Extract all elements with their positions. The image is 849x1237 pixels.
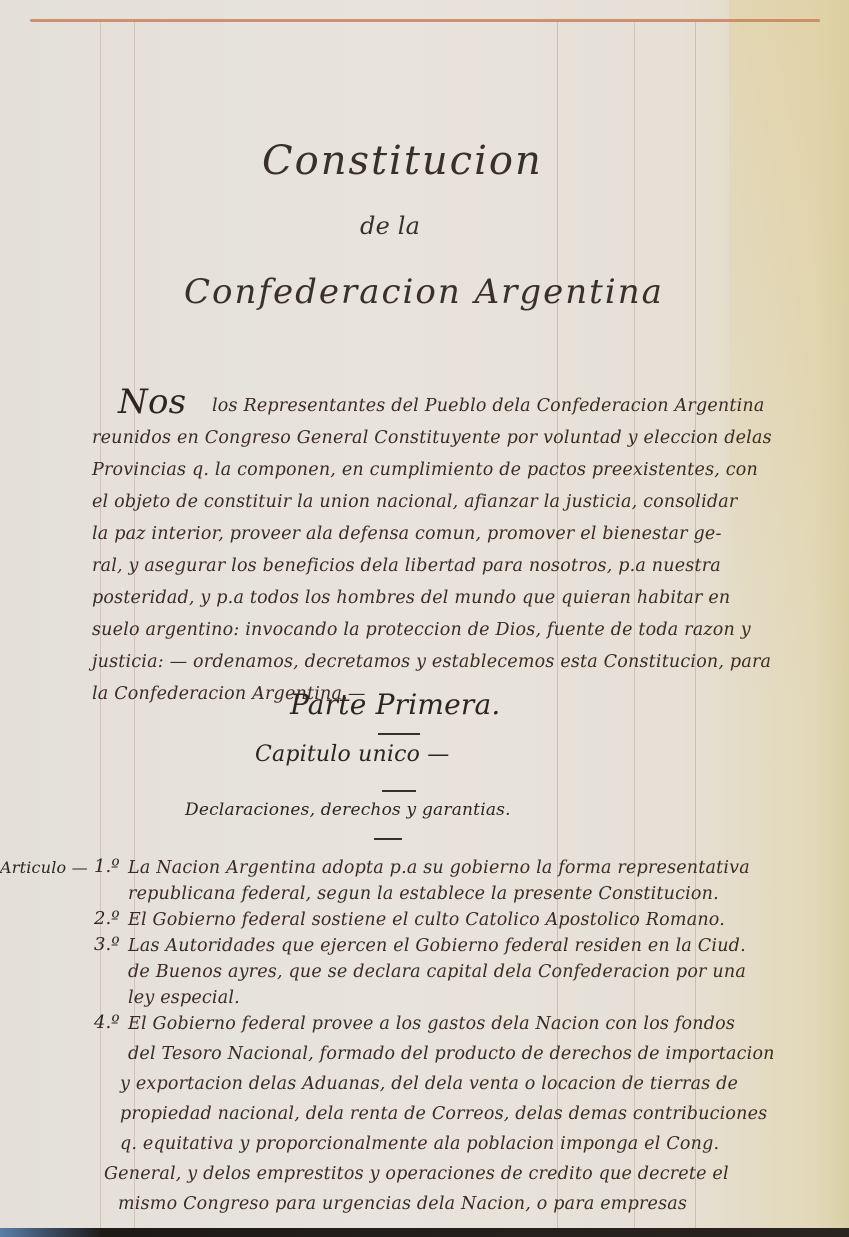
article-line: ley especial.	[128, 988, 240, 1008]
article-line: de Buenos ayres, que se declara capital …	[128, 962, 746, 982]
article-line: del Tesoro Nacional, formado del product…	[128, 1044, 775, 1064]
articles-label: Articulo —	[0, 858, 88, 877]
article-line: La Nacion Argentina adopta p.a su gobier…	[128, 858, 750, 878]
scan-edge	[0, 1228, 849, 1237]
preamble-line: la paz interior, proveer ala defensa com…	[92, 524, 722, 544]
preamble-line: ral, y asegurar los beneficios dela libe…	[92, 556, 721, 576]
article-line: q. equitativa y proporcionalmente ala po…	[120, 1134, 719, 1154]
preamble-line: el objeto de constituir la union naciona…	[92, 492, 737, 512]
heading-rule	[382, 790, 416, 792]
section-heading: Declaraciones, derechos y garantias.	[185, 800, 511, 820]
preamble-line: los Representantes del Pueblo dela Confe…	[212, 396, 765, 416]
article-number: 4.º	[94, 1012, 120, 1033]
heading-rule	[378, 733, 420, 735]
article-line: y exportacion delas Aduanas, del dela ve…	[120, 1074, 738, 1094]
article-line: propiedad nacional, dela renta de Correo…	[120, 1104, 767, 1124]
preamble-line: suelo argentino: invocando la proteccion…	[92, 620, 751, 640]
article-line: Las Autoridades que ejercen el Gobierno …	[128, 936, 746, 956]
preamble-line: reunidos en Congreso General Constituyen…	[92, 428, 772, 448]
paper-stain	[729, 0, 849, 700]
article-line: El Gobierno federal provee a los gastos …	[128, 1014, 735, 1034]
article-line: El Gobierno federal sostiene el culto Ca…	[128, 910, 725, 930]
article-line: republicana federal, segun la establece …	[128, 884, 719, 904]
heading-rule	[374, 838, 402, 840]
preamble-line: posteridad, y p.a todos los hombres del …	[92, 588, 730, 608]
preamble-line: justicia: — ordenamos, decretamos y esta…	[92, 652, 771, 672]
document-subtitle: Confederacion Argentina	[184, 272, 664, 312]
top-red-rule	[30, 19, 820, 22]
article-line: mismo Congreso para urgencias dela Nacio…	[118, 1194, 687, 1214]
preamble-line: Provincias q. la componen, en cumplimien…	[92, 460, 758, 480]
manuscript-page: Constitucion de la Confederacion Argenti…	[0, 0, 849, 1228]
title-connector: de la	[360, 212, 420, 240]
article-number: 2.º	[94, 908, 120, 929]
preamble-dropcap: Nos	[118, 382, 186, 422]
article-number: 1.º	[94, 856, 120, 877]
article-line: General, y delos emprestitos y operacion…	[104, 1164, 729, 1184]
article-number: 3.º	[94, 934, 120, 955]
chapter-heading: Capitulo unico —	[255, 742, 450, 767]
part-heading: Parte Primera.	[290, 688, 500, 721]
document-title: Constitucion	[262, 138, 543, 184]
